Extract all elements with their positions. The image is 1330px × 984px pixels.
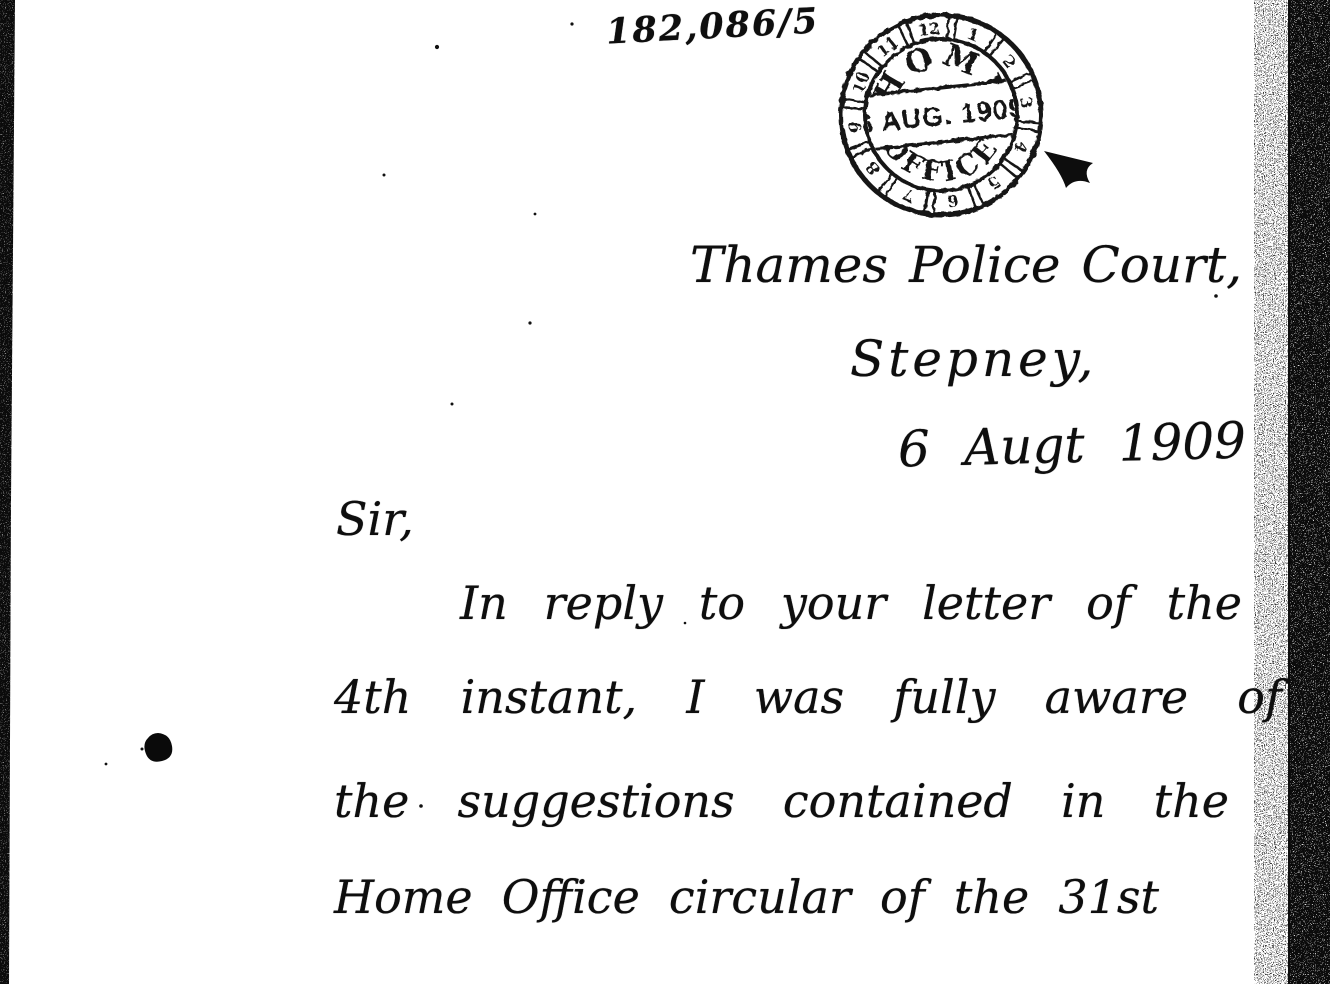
stamp-dial-tick	[852, 147, 874, 157]
stamp-dial-tick	[1016, 121, 1040, 123]
stamp-dial-tick	[947, 16, 949, 40]
stamp-dial-tick	[842, 107, 866, 109]
stamp-dial-number-3: 3	[1016, 96, 1036, 110]
letterhead-court: Thames Police Court,	[690, 238, 1242, 293]
ink-blot	[144, 733, 172, 762]
body-line-4: Home Office circular of the 31st	[334, 872, 1159, 923]
letterhead-town: Stepney,	[850, 332, 1097, 387]
scan-artifact-layer	[0, 0, 1330, 984]
stamp-dial-number-9: 9	[845, 120, 865, 134]
stamp-dial-number-1: 1	[965, 24, 982, 46]
home-office-date-stamp: 121234567891011 HOME OFFICE 6 AUG. 1909	[828, 2, 1054, 228]
letterhead-date: 6 Augt 1909	[897, 413, 1246, 477]
stamp-dial-tick	[1011, 80, 1033, 88]
body-line-2: 4th instant, I was fully aware of	[334, 672, 1282, 723]
salutation: Sir,	[336, 494, 414, 545]
stamp-dial-tick	[848, 141, 870, 149]
stamp-dial-number-12: 12	[917, 18, 942, 40]
stamp-dial-tick	[933, 190, 935, 214]
stamp-dial-tick	[843, 99, 867, 103]
body-line-1: In reply to your letter of the	[460, 578, 1242, 629]
stamp-dial-tick	[953, 17, 957, 41]
stamp-dial-number-6: 6	[946, 190, 960, 210]
stamp-dial-tick	[973, 183, 983, 205]
body-line-3: the suggestions contained in the	[334, 776, 1229, 827]
stamp-dial-number-7: 7	[900, 184, 917, 206]
stamp-dial-tick	[925, 189, 929, 213]
stamp-dial-tick	[967, 185, 975, 207]
stamp-dial-tick	[1015, 127, 1039, 131]
stamp-dial-tick	[898, 26, 908, 48]
stamp-dial-number-4: 4	[1010, 139, 1032, 156]
stamp-dial-tick	[1009, 72, 1031, 82]
scanned-letter-page: 121234567891011 HOME OFFICE 6 AUG. 1909 …	[0, 0, 1330, 984]
stamp-dial-tick	[906, 22, 914, 44]
